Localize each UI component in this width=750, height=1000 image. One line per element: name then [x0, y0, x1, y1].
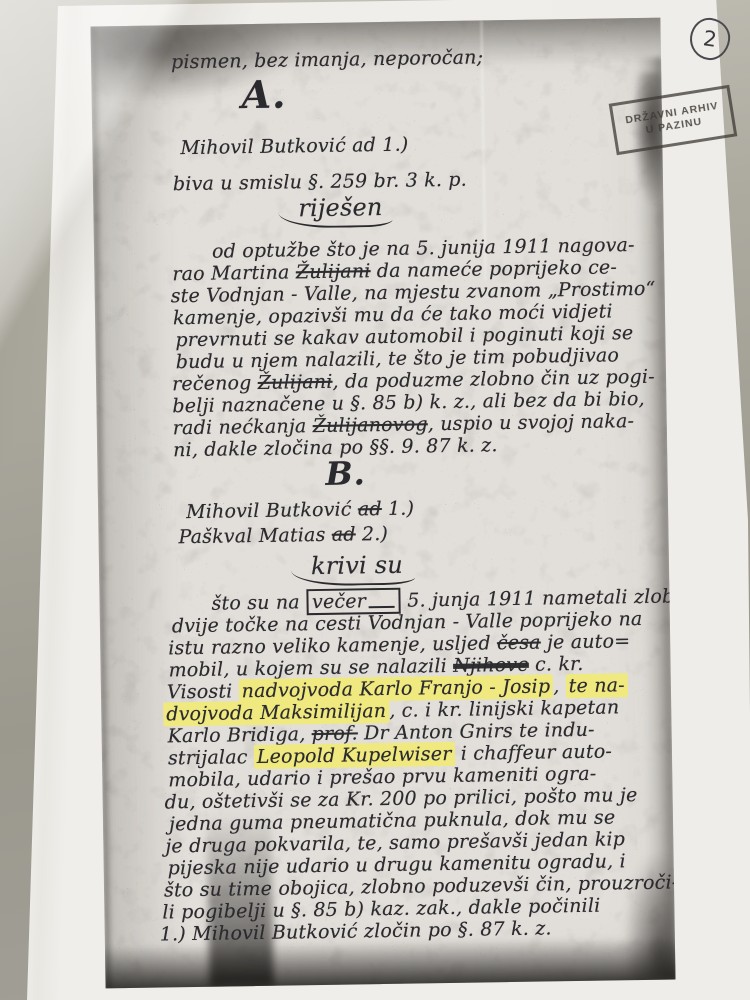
handwritten-text: rao Martina [172, 261, 296, 285]
handwritten-text: A. [241, 71, 286, 117]
handwritten-text: Visosti [167, 680, 239, 703]
underline-flourish [291, 569, 415, 587]
handwritten-text: c. kr. [529, 653, 584, 676]
handwritten-line: B. [325, 462, 366, 485]
handwritten-line: Paškval Matias ad 2.) [178, 523, 388, 548]
highlighted-text: te na- [566, 673, 628, 698]
handwritten-text: , uspio u svojoj naka- [428, 410, 635, 435]
photo-of-document: pismen, bez imanja, neporočan;A.Mihovil … [0, 0, 750, 1000]
handwritten-text: 1.) Mihovil Butković zločin po §. 87 k. … [160, 917, 552, 945]
handwritten-line: pismen, bez imanja, neporočan; [171, 46, 484, 73]
struck-text: Njihove [453, 654, 529, 677]
handwritten-line: Mihovil Butković ad 1.) [186, 498, 414, 524]
handwritten-line: biva u smislu §. 259 br. 3 k. p. [173, 169, 467, 196]
handwritten-text: Paškval Matias [178, 524, 332, 548]
struck-text: prof. [312, 722, 358, 745]
struck-text: ad [332, 523, 356, 545]
handwritten-line: 1.) Mihovil Butković zločin po §. 87 k. … [160, 917, 552, 945]
struck-text: ad [358, 498, 382, 520]
handwritten-text: B. [325, 454, 366, 493]
handwritten-text: je auto= [541, 630, 631, 653]
page-number: 2 [702, 26, 719, 52]
struck-text: česa [497, 632, 541, 655]
handwritten-text: pismen, bez imanja, neporočan; [171, 46, 484, 73]
handwritten-text: 2.) [356, 523, 389, 546]
handwritten-text: radi nećkanja [173, 415, 313, 439]
handwriting-layer: pismen, bez imanja, neporočan;A.Mihovil … [90, 18, 675, 989]
handwritten-line: riješen [298, 196, 383, 219]
underline-flourish [278, 211, 392, 229]
handwritten-line: Mihovil Butković ad 1.) [180, 134, 408, 160]
handwritten-text: 1.) [382, 498, 415, 521]
struck-text: Žulijanovog [313, 413, 428, 437]
handwritten-line: krivi su [311, 554, 403, 577]
handwritten-text: , [553, 675, 566, 697]
struck-text: Žulijani [296, 260, 371, 283]
handwritten-text: što su na [211, 591, 306, 614]
struck-text: Žulijani [258, 371, 333, 394]
handwritten-text: rečenog [172, 372, 258, 395]
handwritten-line: A. [241, 83, 286, 106]
handwritten-text: strijalac [168, 746, 254, 769]
photocopy-area: pismen, bez imanja, neporočan;A.Mihovil … [90, 18, 675, 989]
handwritten-text: Mihovil Butković [186, 498, 358, 523]
handwritten-text: biva u smislu §. 259 br. 3 k. p. [173, 169, 467, 196]
handwritten-text: Mihovil Butković ad 1.) [180, 134, 408, 160]
handwritten-text: i chaffeur auto- [454, 740, 612, 764]
